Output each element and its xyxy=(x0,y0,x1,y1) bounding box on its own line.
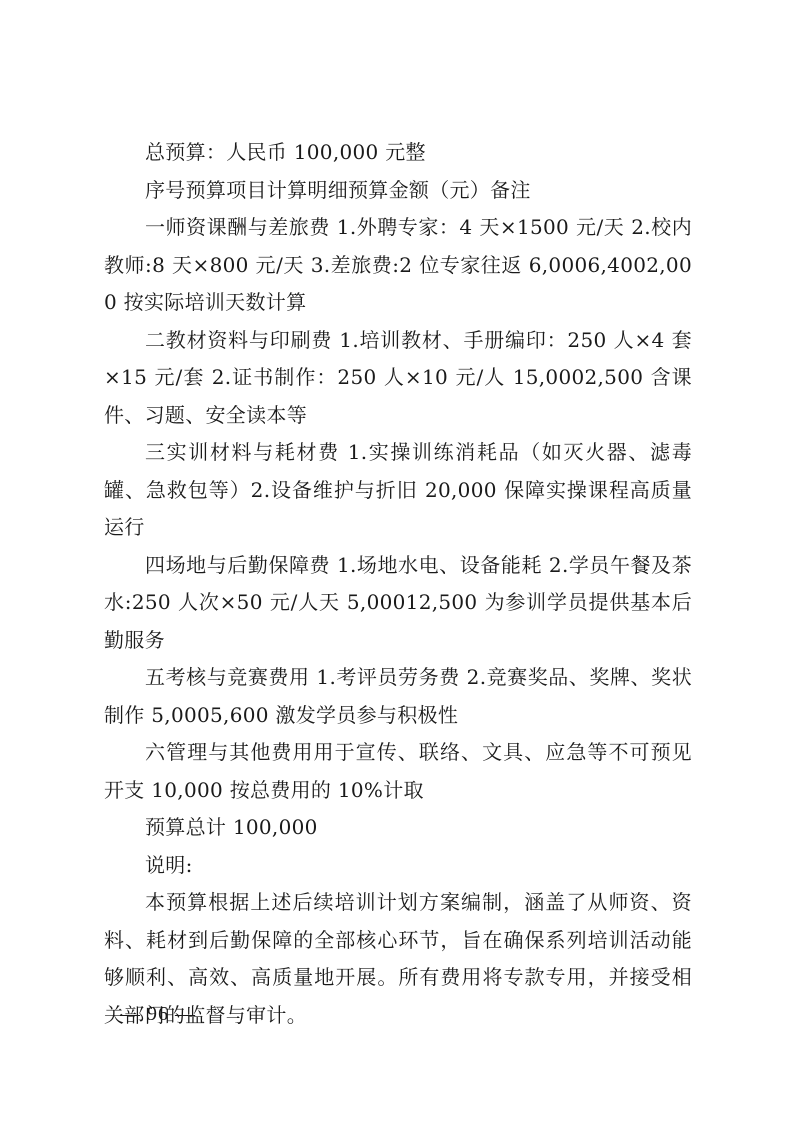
document-body: 总预算：人民币 100,000 元整 序号预算项目计算明细预算金额（元）备注 一… xyxy=(104,134,692,1034)
notes-heading: 说明: xyxy=(104,847,692,885)
budget-item-5: 五考核与竞赛费用 1.考评员劳务费 2.竞赛奖品、奖牌、奖状制作 5,0005,… xyxy=(104,659,692,734)
budget-item-3: 三实训材料与耗材费 1.实操训练消耗品（如灭火器、滤毒罐、急救包等）2.设备维护… xyxy=(104,434,692,547)
budget-item-1: 一师资课酬与差旅费 1.外聘专家：4 天×1500 元/天 2.校内教师:8 天… xyxy=(104,209,692,322)
budget-item-2: 二教材资料与印刷费 1.培训教材、手册编印：250 人×4 套×15 元/套 2… xyxy=(104,322,692,435)
total-budget-line: 总预算：人民币 100,000 元整 xyxy=(104,134,692,172)
budget-item-6: 六管理与其他费用用于宣传、联络、文具、应急等不可预见开支 10,000 按总费用… xyxy=(104,734,692,809)
budget-item-4: 四场地与后勤保障费 1.场地水电、设备能耗 2.学员午餐及茶水:250 人次×5… xyxy=(104,547,692,660)
table-header-line: 序号预算项目计算明细预算金额（元）备注 xyxy=(104,172,692,210)
budget-total: 预算总计 100,000 xyxy=(104,809,692,847)
page-number: — 96 — xyxy=(120,1003,196,1026)
